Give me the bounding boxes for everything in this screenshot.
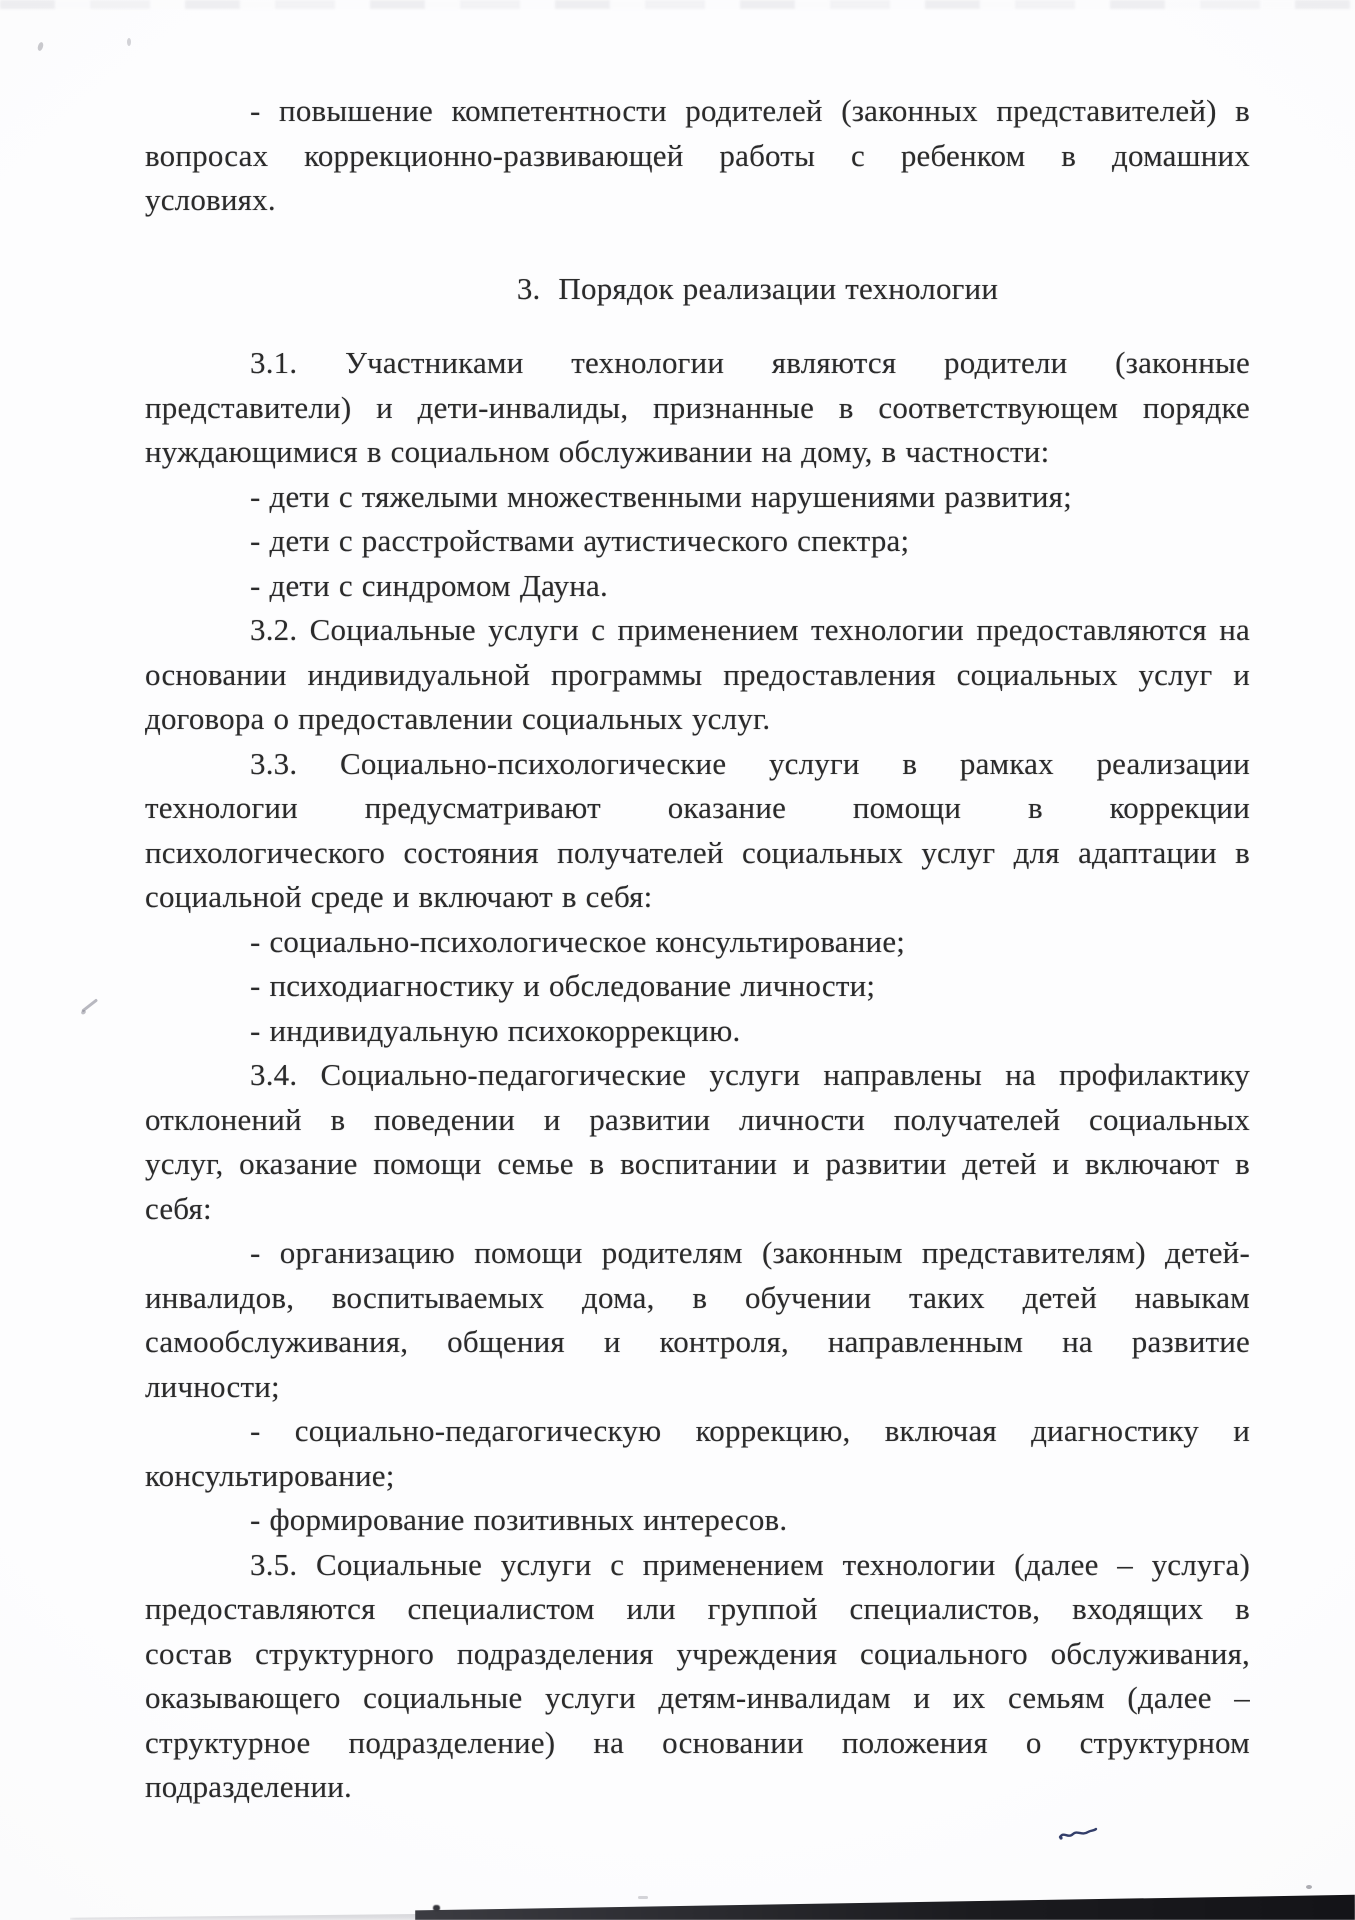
- text-line: - индивидуальную психокоррекцию.: [145, 1009, 1250, 1054]
- text-line: 3.4. Социально-педагогические услуги нап…: [145, 1053, 1250, 1098]
- text-line: условиях.: [145, 178, 1250, 223]
- text-line: психологического состояния получателей с…: [145, 831, 1250, 876]
- text-line: - психодиагностику и обследование личнос…: [145, 964, 1250, 1009]
- text-line: отклонений в поведении и развитии личнос…: [145, 1098, 1250, 1143]
- text-line: технологии предусматривают оказание помо…: [145, 786, 1250, 831]
- text-line: самообслуживания, общения и контроля, на…: [145, 1320, 1250, 1365]
- list-psychological-services: - социально-психологическое консультиров…: [145, 920, 1250, 1054]
- text-line: состав структурного подразделения учрежд…: [145, 1632, 1250, 1677]
- scan-speck: [1306, 1885, 1312, 1889]
- list-children-categories: - дети с тяжелыми множественными нарушен…: [145, 475, 1250, 609]
- scanned-page: - повышение компетентности родителей (за…: [0, 0, 1355, 1920]
- text-line: - организацию помощи родителям (законным…: [145, 1231, 1250, 1276]
- text-line: оказывающего социальные услуги детям-инв…: [145, 1676, 1250, 1721]
- section-heading: 3. Порядок реализации технологии: [145, 267, 1250, 312]
- text-line: 3.3. Социально-психологические услуги в …: [145, 742, 1250, 787]
- text-line: социальной среде и включают в себя:: [145, 875, 1250, 920]
- text-line: 3.2. Социальные услуги с применением тех…: [145, 608, 1250, 653]
- text-line: - социально-педагогическую коррекцию, вк…: [145, 1409, 1250, 1454]
- clause-3-1: 3.1. Участниками технологии являются род…: [145, 341, 1250, 475]
- text-line: 3.1. Участниками технологии являются род…: [145, 341, 1250, 386]
- text-line: структурное подразделение) на основании …: [145, 1721, 1250, 1766]
- scan-speck: [433, 1905, 440, 1911]
- text-line: предоставляются специалистом или группой…: [145, 1587, 1250, 1632]
- text-line: - повышение компетентности родителей (за…: [145, 89, 1250, 134]
- text-line: себя:: [145, 1187, 1250, 1232]
- text-line: основании индивидуальной программы предо…: [145, 653, 1250, 698]
- scan-artifact-bottom-edge: [415, 1890, 1355, 1920]
- scan-speck: [127, 38, 131, 46]
- pen-squiggle-mark: [1056, 1822, 1100, 1846]
- text-line: консультирование;: [145, 1454, 1250, 1499]
- text-line: договора о предоставлении социальных усл…: [145, 697, 1250, 742]
- text-line: - дети с расстройствами аутистического с…: [145, 519, 1250, 564]
- text-line: - дети с тяжелыми множественными нарушен…: [145, 475, 1250, 520]
- text-line: нуждающимися в социальном обслуживании н…: [145, 430, 1250, 475]
- text-line: личности;: [145, 1365, 1250, 1410]
- margin-tick-mark: [81, 998, 98, 1012]
- clause-3-2: 3.2. Социальные услуги с применением тех…: [145, 608, 1250, 742]
- paragraph-intro: - повышение компетентности родителей (за…: [145, 89, 1250, 223]
- scan-artifact-top-edge: [0, 0, 1355, 9]
- list-pedagogical-services: - организацию помощи родителям (законным…: [145, 1231, 1250, 1543]
- clause-3-3: 3.3. Социально-психологические услуги в …: [145, 742, 1250, 920]
- document-text: - повышение компетентности родителей (за…: [145, 89, 1250, 1810]
- text-line: 3.5. Социальные услуги с применением тех…: [145, 1543, 1250, 1588]
- section-heading-text: 3. Порядок реализации технологии: [205, 267, 1310, 312]
- scan-speck: [638, 1896, 648, 1899]
- text-line: подразделении.: [145, 1765, 1250, 1810]
- text-line: - формирование позитивных интересов.: [145, 1498, 1250, 1543]
- scan-speck: [37, 41, 45, 51]
- text-line: представители) и дети-инвалиды, признанн…: [145, 386, 1250, 431]
- clause-3-4: 3.4. Социально-педагогические услуги нап…: [145, 1053, 1250, 1231]
- clause-3-5: 3.5. Социальные услуги с применением тех…: [145, 1543, 1250, 1810]
- text-line: услуг, оказание помощи семье в воспитани…: [145, 1142, 1250, 1187]
- text-line: - дети с синдромом Дауна.: [145, 564, 1250, 609]
- text-line: вопросах коррекционно-развивающей работы…: [145, 134, 1250, 179]
- text-line: инвалидов, воспитываемых дома, в обучени…: [145, 1276, 1250, 1321]
- text-line: - социально-психологическое консультиров…: [145, 920, 1250, 965]
